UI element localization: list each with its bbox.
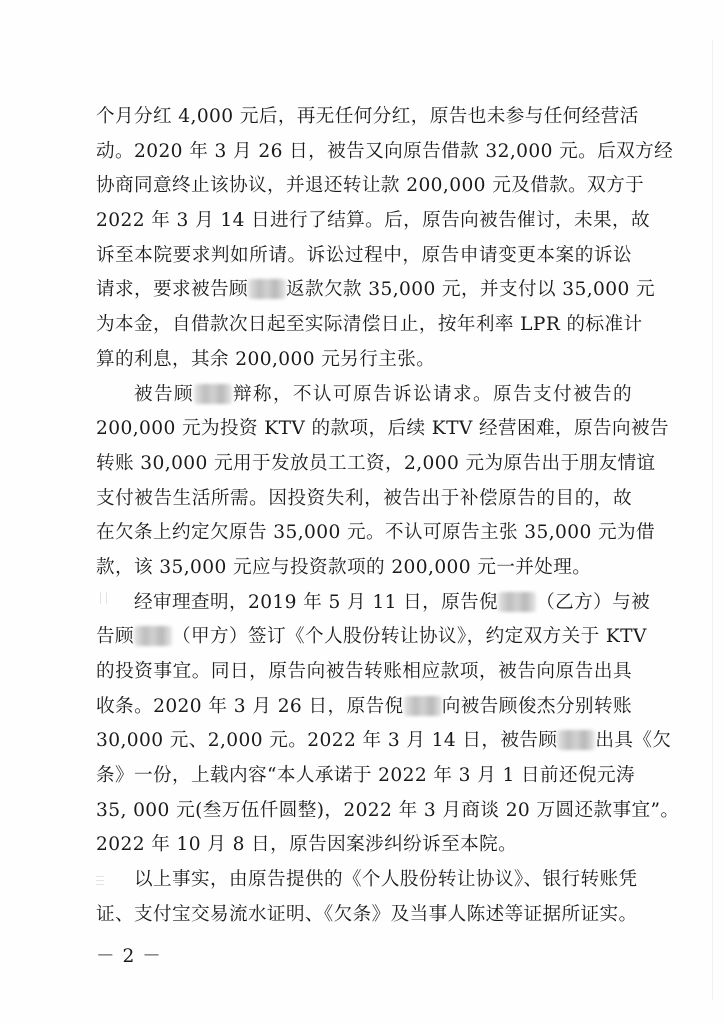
text-line: 为本金，自借款次日起至实际清偿日止，按年利率 LPR 的标准计 <box>96 308 632 343</box>
text-line: 的投资事宜。同日，原告向被告转账相应款项，被告向原告出具 <box>96 655 632 690</box>
redacted-name <box>134 626 172 646</box>
line-text: 200,000 元为投资 KTV 的款项，后续 KTV 经营困难，原告向被告 <box>96 418 669 439</box>
text-line: 以上事实，由原告提供的《个人股份转让协议》、银行转账凭 <box>96 863 632 898</box>
redacted-name <box>557 730 595 750</box>
line-text: 的投资事宜。同日，原告向被告转账相应款项，被告向原告出具 <box>96 661 632 682</box>
line-text: 个月分红 4,000 元后，再无任何分红，原告也未参与任何经营活 <box>96 106 639 127</box>
page-number: － 2 － <box>96 942 162 972</box>
redacted-name <box>404 696 442 716</box>
document-page: 个月分红 4,000 元后，再无任何分红，原告也未参与任何经营活 动。2020 … <box>0 0 724 1024</box>
scan-edge-line <box>712 40 713 1000</box>
line-text: 算的利息，其余 200,000 元另行主张。 <box>96 349 435 370</box>
line-text: 被告顾 <box>134 384 194 405</box>
line-text: 请求，要求被告顾 <box>96 279 248 300</box>
line-text: 35, 000 元(叁万伍仟圆整)，2022 年 3 月商谈 20 万圆还款事宜… <box>96 800 679 821</box>
line-text: 动。2020 年 3 月 26 日，被告又向原告借款 32,000 元。后双方经 <box>96 141 673 162</box>
line-text: 向被告顾俊杰分别转账 <box>442 696 632 717</box>
text-line: 算的利息，其余 200,000 元另行主张。 <box>96 343 632 378</box>
text-line: 200,000 元为投资 KTV 的款项，后续 KTV 经营困难，原告向被告 <box>96 412 632 447</box>
line-text: 30,000 元、2,000 元。2022 年 3 月 14 日，被告顾 <box>96 730 557 751</box>
line-text: 收条。2020 年 3 月 26 日，原告倪 <box>96 696 404 717</box>
judgment-body-text: 个月分红 4,000 元后，再无任何分红，原告也未参与任何经营活 动。2020 … <box>96 100 632 933</box>
redacted-name <box>248 279 286 299</box>
line-text: 支付被告生活所需。因投资失利，被告出于补偿原告的目的，故 <box>96 488 632 509</box>
line-text: 条》一份，上载内容“本人承诺于 2022 年 3 月 1 日前还倪元涛 <box>96 765 635 786</box>
text-line: 个月分红 4,000 元后，再无任何分红，原告也未参与任何经营活 <box>96 100 632 135</box>
line-text: 协商同意终止该协议，并退还转让款 200,000 元及借款。双方于 <box>96 175 644 196</box>
text-line: 转账 30,000 元用于发放员工工资，2,000 元为原告出于朋友情谊 <box>96 447 632 482</box>
line-text: （乙方）与被 <box>536 592 650 613</box>
line-text: 辩称，不认可原告诉讼请求。原告支付被告的 <box>232 384 632 405</box>
line-text: 以上事实，由原告提供的《个人股份转让协议》、银行转账凭 <box>134 869 638 890</box>
line-text: 出具《欠 <box>595 730 671 751</box>
text-line: 款，该 35,000 元应与投资款项的 200,000 元一并处理。 <box>96 551 632 586</box>
text-line: 经审理查明，2019 年 5 月 11 日，原告倪（乙方）与被 <box>96 586 632 621</box>
line-text: 2022 年 10 月 8 日，原告因案涉纠纷诉至本院。 <box>96 834 517 855</box>
text-line: 协商同意终止该协议，并退还转让款 200,000 元及借款。双方于 <box>96 169 632 204</box>
text-line: 收条。2020 年 3 月 26 日，原告倪向被告顾俊杰分别转账 <box>96 690 632 725</box>
redacted-name <box>498 592 536 612</box>
line-text: 经审理查明，2019 年 5 月 11 日，原告倪 <box>134 592 498 613</box>
line-text: 告顾 <box>96 626 134 647</box>
redacted-name <box>194 384 232 404</box>
text-line: 证、支付宝交易流水证明、《欠条》及当事人陈述等证据所证实。 <box>96 898 632 933</box>
line-text: （甲方）签订《个人股份转让协议》，约定双方关于 KTV <box>172 626 647 647</box>
text-line: 2022 年 3 月 14 日进行了结算。后，原告向被告催讨，未果，故 <box>96 204 632 239</box>
text-line: 35, 000 元(叁万伍仟圆整)，2022 年 3 月商谈 20 万圆还款事宜… <box>96 794 632 829</box>
text-line: 请求，要求被告顾返款欠款 35,000 元，并支付以 35,000 元 <box>96 273 632 308</box>
line-text: 证、支付宝交易流水证明、《欠条》及当事人陈述等证据所证实。 <box>96 904 638 925</box>
line-text: 转账 30,000 元用于发放员工工资，2,000 元为原告出于朋友情谊 <box>96 453 656 474</box>
text-line: 动。2020 年 3 月 26 日，被告又向原告借款 32,000 元。后双方经 <box>96 135 632 170</box>
text-line: 30,000 元、2,000 元。2022 年 3 月 14 日，被告顾出具《欠 <box>96 724 632 759</box>
text-line: 被告顾辩称，不认可原告诉讼请求。原告支付被告的 <box>96 378 632 413</box>
text-line: 支付被告生活所需。因投资失利，被告出于补偿原告的目的，故 <box>96 482 632 517</box>
text-line: 在欠条上约定欠原告 35,000 元。不认可原告主张 35,000 元为借 <box>96 516 632 551</box>
line-text: 款，该 35,000 元应与投资款项的 200,000 元一并处理。 <box>96 557 591 578</box>
line-text: 诉至本院要求判如所请。诉讼过程中，原告申请变更本案的诉讼 <box>96 245 632 266</box>
line-text: 2022 年 3 月 14 日进行了结算。后，原告向被告催讨，未果，故 <box>96 210 650 231</box>
text-line: 告顾（甲方）签订《个人股份转让协议》，约定双方关于 KTV <box>96 620 632 655</box>
text-line: 2022 年 10 月 8 日，原告因案涉纠纷诉至本院。 <box>96 828 632 863</box>
line-text: 返款欠款 35,000 元，并支付以 35,000 元 <box>286 279 655 300</box>
text-line: 诉至本院要求判如所请。诉讼过程中，原告申请变更本案的诉讼 <box>96 239 632 274</box>
text-line: 条》一份，上载内容“本人承诺于 2022 年 3 月 1 日前还倪元涛 <box>96 759 632 794</box>
line-text: 为本金，自借款次日起至实际清偿日止，按年利率 LPR 的标准计 <box>96 314 643 335</box>
line-text: 在欠条上约定欠原告 35,000 元。不认可原告主张 35,000 元为借 <box>96 522 655 543</box>
